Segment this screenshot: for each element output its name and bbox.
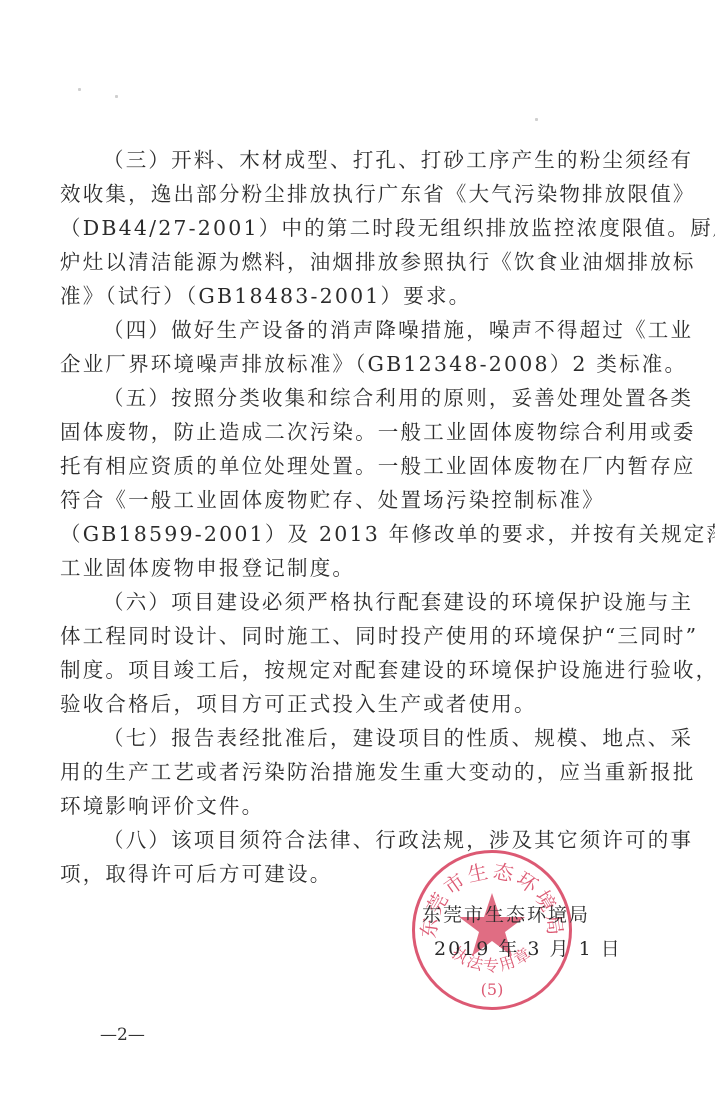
official-seal: 东莞市生态环境局 执法专用章 (5) xyxy=(412,850,572,1010)
issue-date: 2019 年 3 月 1 日 xyxy=(434,934,622,964)
paragraph-line: 用的生产工艺或者污染防治措施发生重大变动的，应当重新报批 xyxy=(60,755,642,789)
seal-number: (5) xyxy=(481,980,504,999)
paragraph-line: 效收集，逸出部分粉尘排放执行广东省《大气污染物排放限值》 xyxy=(60,177,642,211)
scan-speck xyxy=(115,95,118,98)
paragraph-line: （八）该项目须符合法律、行政法规，涉及其它须许可的事 xyxy=(103,823,642,857)
paragraph-line: （GB18599-2001）及 2013 年修改单的要求，并按有关规定落实 xyxy=(60,517,642,551)
paragraph-line: 企业厂界环境噪声排放标准》（GB12348-2008）2 类标准。 xyxy=(60,347,642,381)
paragraph-line: 固体废物，防止造成二次污染。一般工业固体废物综合利用或委 xyxy=(60,415,642,449)
paragraph-line: （四）做好生产设备的消声降噪措施，噪声不得超过《工业 xyxy=(103,313,642,347)
paragraph-line: （七）报告表经批准后，建设项目的性质、规模、地点、采 xyxy=(103,721,642,755)
paragraph-line: 制度。项目竣工后，按规定对配套建设的环境保护设施进行验收， xyxy=(60,653,642,687)
paragraph-line: （三）开料、木材成型、打孔、打砂工序产生的粉尘须经有 xyxy=(103,143,642,177)
document-page: （三）开料、木材成型、打孔、打砂工序产生的粉尘须经有 效收集，逸出部分粉尘排放执… xyxy=(0,0,715,1115)
paragraph-line: （DB44/27-2001）中的第二时段无组织排放监控浓度限值。厨房 xyxy=(60,211,642,245)
paragraph-line: 体工程同时设计、同时施工、同时投产使用的环境保护“三同时” xyxy=(60,619,642,653)
paragraph-line: 工业固体废物申报登记制度。 xyxy=(60,551,642,585)
paragraph-line: （六）项目建设必须严格执行配套建设的环境保护设施与主 xyxy=(103,585,642,619)
scan-speck xyxy=(535,118,538,121)
paragraph-line: （五）按照分类收集和综合利用的原则，妥善处理处置各类 xyxy=(103,381,642,415)
paragraph-line: 托有相应资质的单位处理处置。一般工业固体废物在厂内暂存应 xyxy=(60,449,642,483)
paragraph-line: 环境影响评价文件。 xyxy=(60,789,642,823)
paragraph-line: 准》（试行）（GB18483-2001）要求。 xyxy=(60,279,642,313)
scan-speck xyxy=(78,88,81,91)
issuer-name: 东莞市生态环境局 xyxy=(422,900,590,930)
paragraph-line: 符合《一般工业固体废物贮存、处置场污染控制标准》 xyxy=(60,483,642,517)
seal-graphic: 东莞市生态环境局 执法专用章 (5) xyxy=(415,853,569,1007)
paragraph-line: 验收合格后，项目方可正式投入生产或者使用。 xyxy=(60,687,642,721)
paragraph-line: 炉灶以清洁能源为燃料，油烟排放参照执行《饮食业油烟排放标 xyxy=(60,245,642,279)
page-number: —2— xyxy=(100,1025,145,1045)
